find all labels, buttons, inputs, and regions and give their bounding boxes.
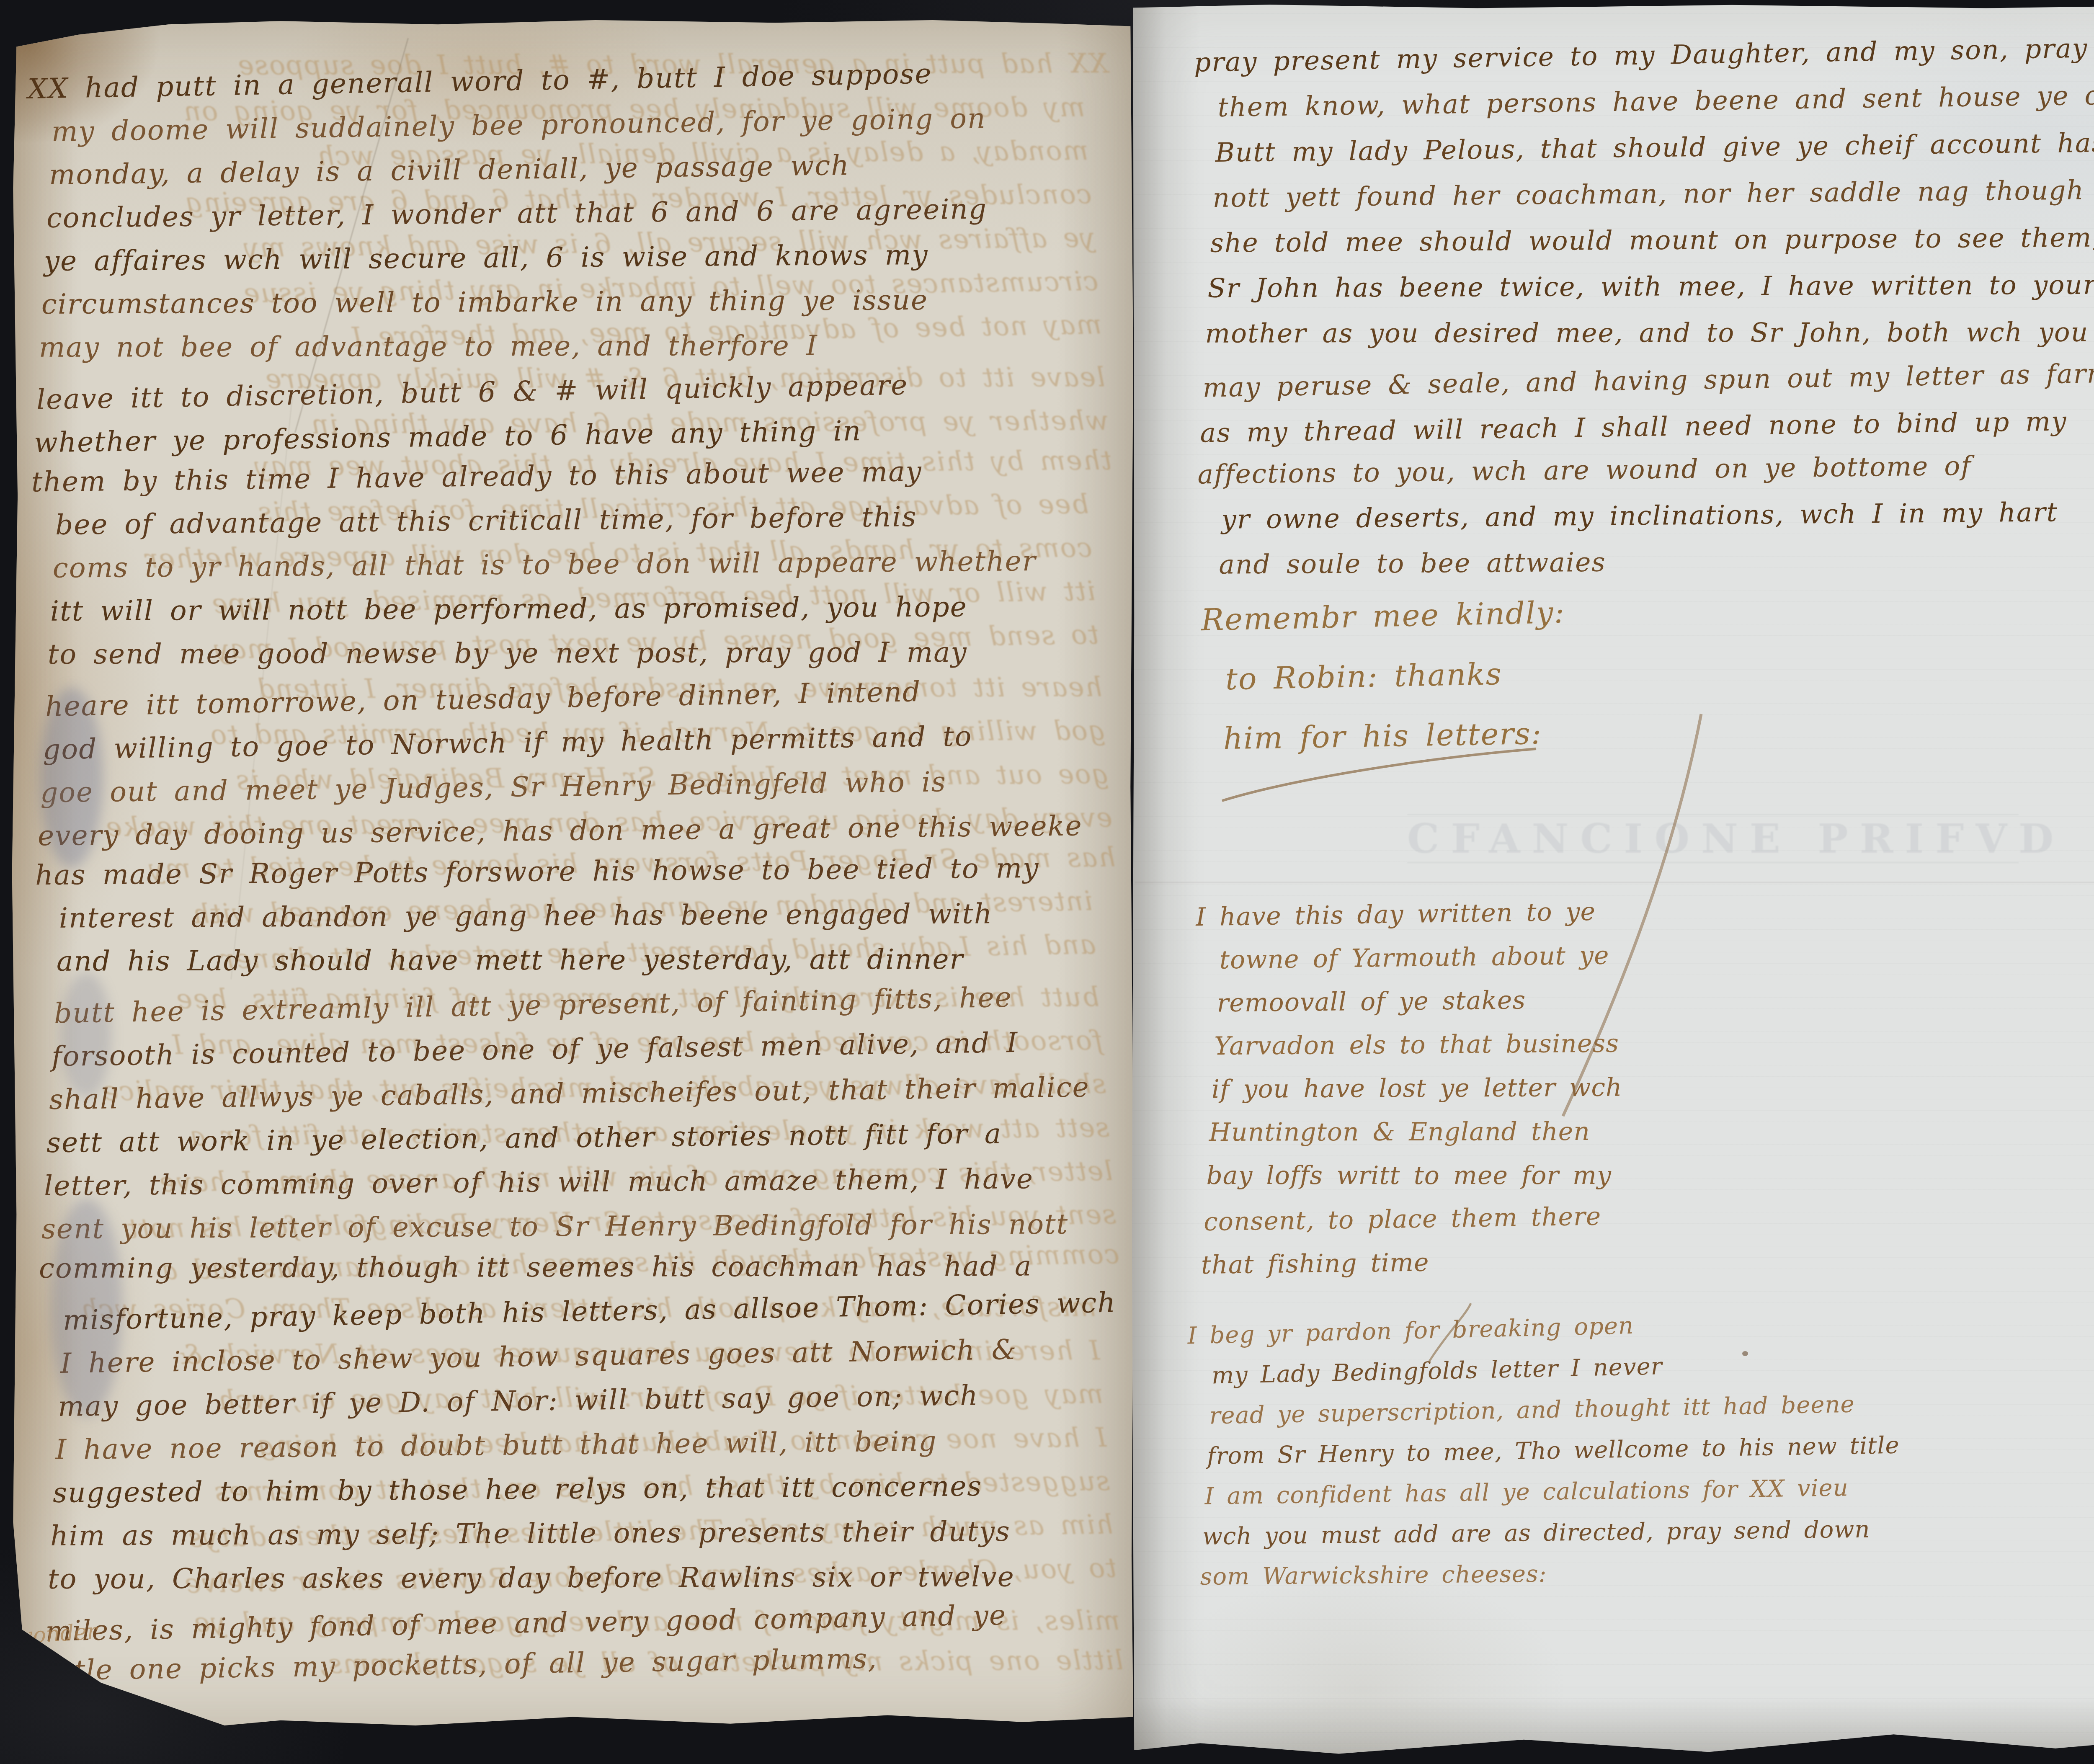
text-line: coms to yr hands, all that is to bee don… <box>53 539 1113 590</box>
text-line: sent you his letter of excuse to Sr Henr… <box>41 1202 1119 1251</box>
postscript-line: consent, to place them there <box>1203 1195 1623 1244</box>
text-line: has made Sr Roger Potts forswore his how… <box>35 846 1116 897</box>
postscript-line: remoovall of ye stakes <box>1217 978 1622 1025</box>
text-line: she told mee should would mount on purpo… <box>1210 214 2094 266</box>
text-line: yr owne deserts, and my inclinations, wc… <box>1221 487 2094 543</box>
postscript-line: towne of Yarmouth about ye <box>1219 934 1622 982</box>
text-line: interest and abandon ye gang hee has bee… <box>59 891 1116 940</box>
left-page-sheet: XX had putt in a generall word to #, but… <box>11 18 1135 1727</box>
closing-line: to Robin: thanks <box>1225 643 1566 709</box>
postscript-block-1: I have this day written to yetowne of Ya… <box>1196 893 1624 1284</box>
manuscript-scan: XX had putt in a generall word to #, but… <box>0 0 2094 1764</box>
postscript-line: I have this day written to ye <box>1195 890 1621 939</box>
postscript-line: Huntington & England then <box>1209 1110 1623 1154</box>
text-line: letter, this comming over of his will mu… <box>44 1156 1119 1208</box>
embossed-stamp: CFANCIONE PRIFVD <box>1407 814 2019 863</box>
right-page-sheet: pray present my service to my Daughter, … <box>1131 3 2094 1759</box>
text-line: circumstances too well to imbarke in any… <box>41 277 1110 326</box>
text-line: him as much as my self; The little ones … <box>50 1509 1122 1558</box>
postscript-line: bay loffs writt to mee for my <box>1206 1154 1623 1197</box>
postscript-line: wch you must add are as directed, pray s… <box>1202 1509 1901 1557</box>
postscript-line: if you have lost ye letter wch <box>1212 1066 1622 1111</box>
postscript-block-2: I beg yr pardon for breaking openmy Lady… <box>1187 1304 1902 1599</box>
left-page-text: XX had putt in a generall word to #, but… <box>27 54 1123 1692</box>
ink-speck <box>1541 153 1545 157</box>
closing-block: Remembr mee kindly:to Robin: thankshim f… <box>1201 585 1567 769</box>
ink-smudge <box>40 688 103 868</box>
text-line: ye affaires wch will secure all, 6 is wi… <box>44 232 1110 283</box>
text-line: mother as you desired mee, and to Sr Joh… <box>1205 309 2094 357</box>
text-line: itt will or will nott bee performed, as … <box>50 584 1113 633</box>
ink-speck <box>1742 1351 1748 1356</box>
text-line: and soule to bee attwaies <box>1219 535 2094 588</box>
ink-smudge <box>51 1199 122 1416</box>
paper-crease <box>1135 882 2094 883</box>
text-line: suggested to him by those hee relys on, … <box>53 1463 1122 1515</box>
ink-smudge <box>61 972 111 1098</box>
text-line: Sr John has beene twice, with mee, I hav… <box>1207 261 2094 312</box>
closing-line: him for his letters: <box>1223 703 1567 768</box>
postscript-line: Yarvadon els to that business <box>1214 1022 1622 1068</box>
postscript-line: som Warwickshire cheeses: <box>1200 1551 1901 1597</box>
postscript-line: that fishing time <box>1201 1239 1624 1287</box>
text-line: nott yett found her coachman, nor her sa… <box>1212 166 2094 221</box>
postscript-line: I am confident has all ye calculations f… <box>1204 1467 1901 1517</box>
right-page-text: pray present my service to my Daughter, … <box>1194 28 2094 590</box>
closing-line: Remembr mee kindly: <box>1201 583 1566 650</box>
